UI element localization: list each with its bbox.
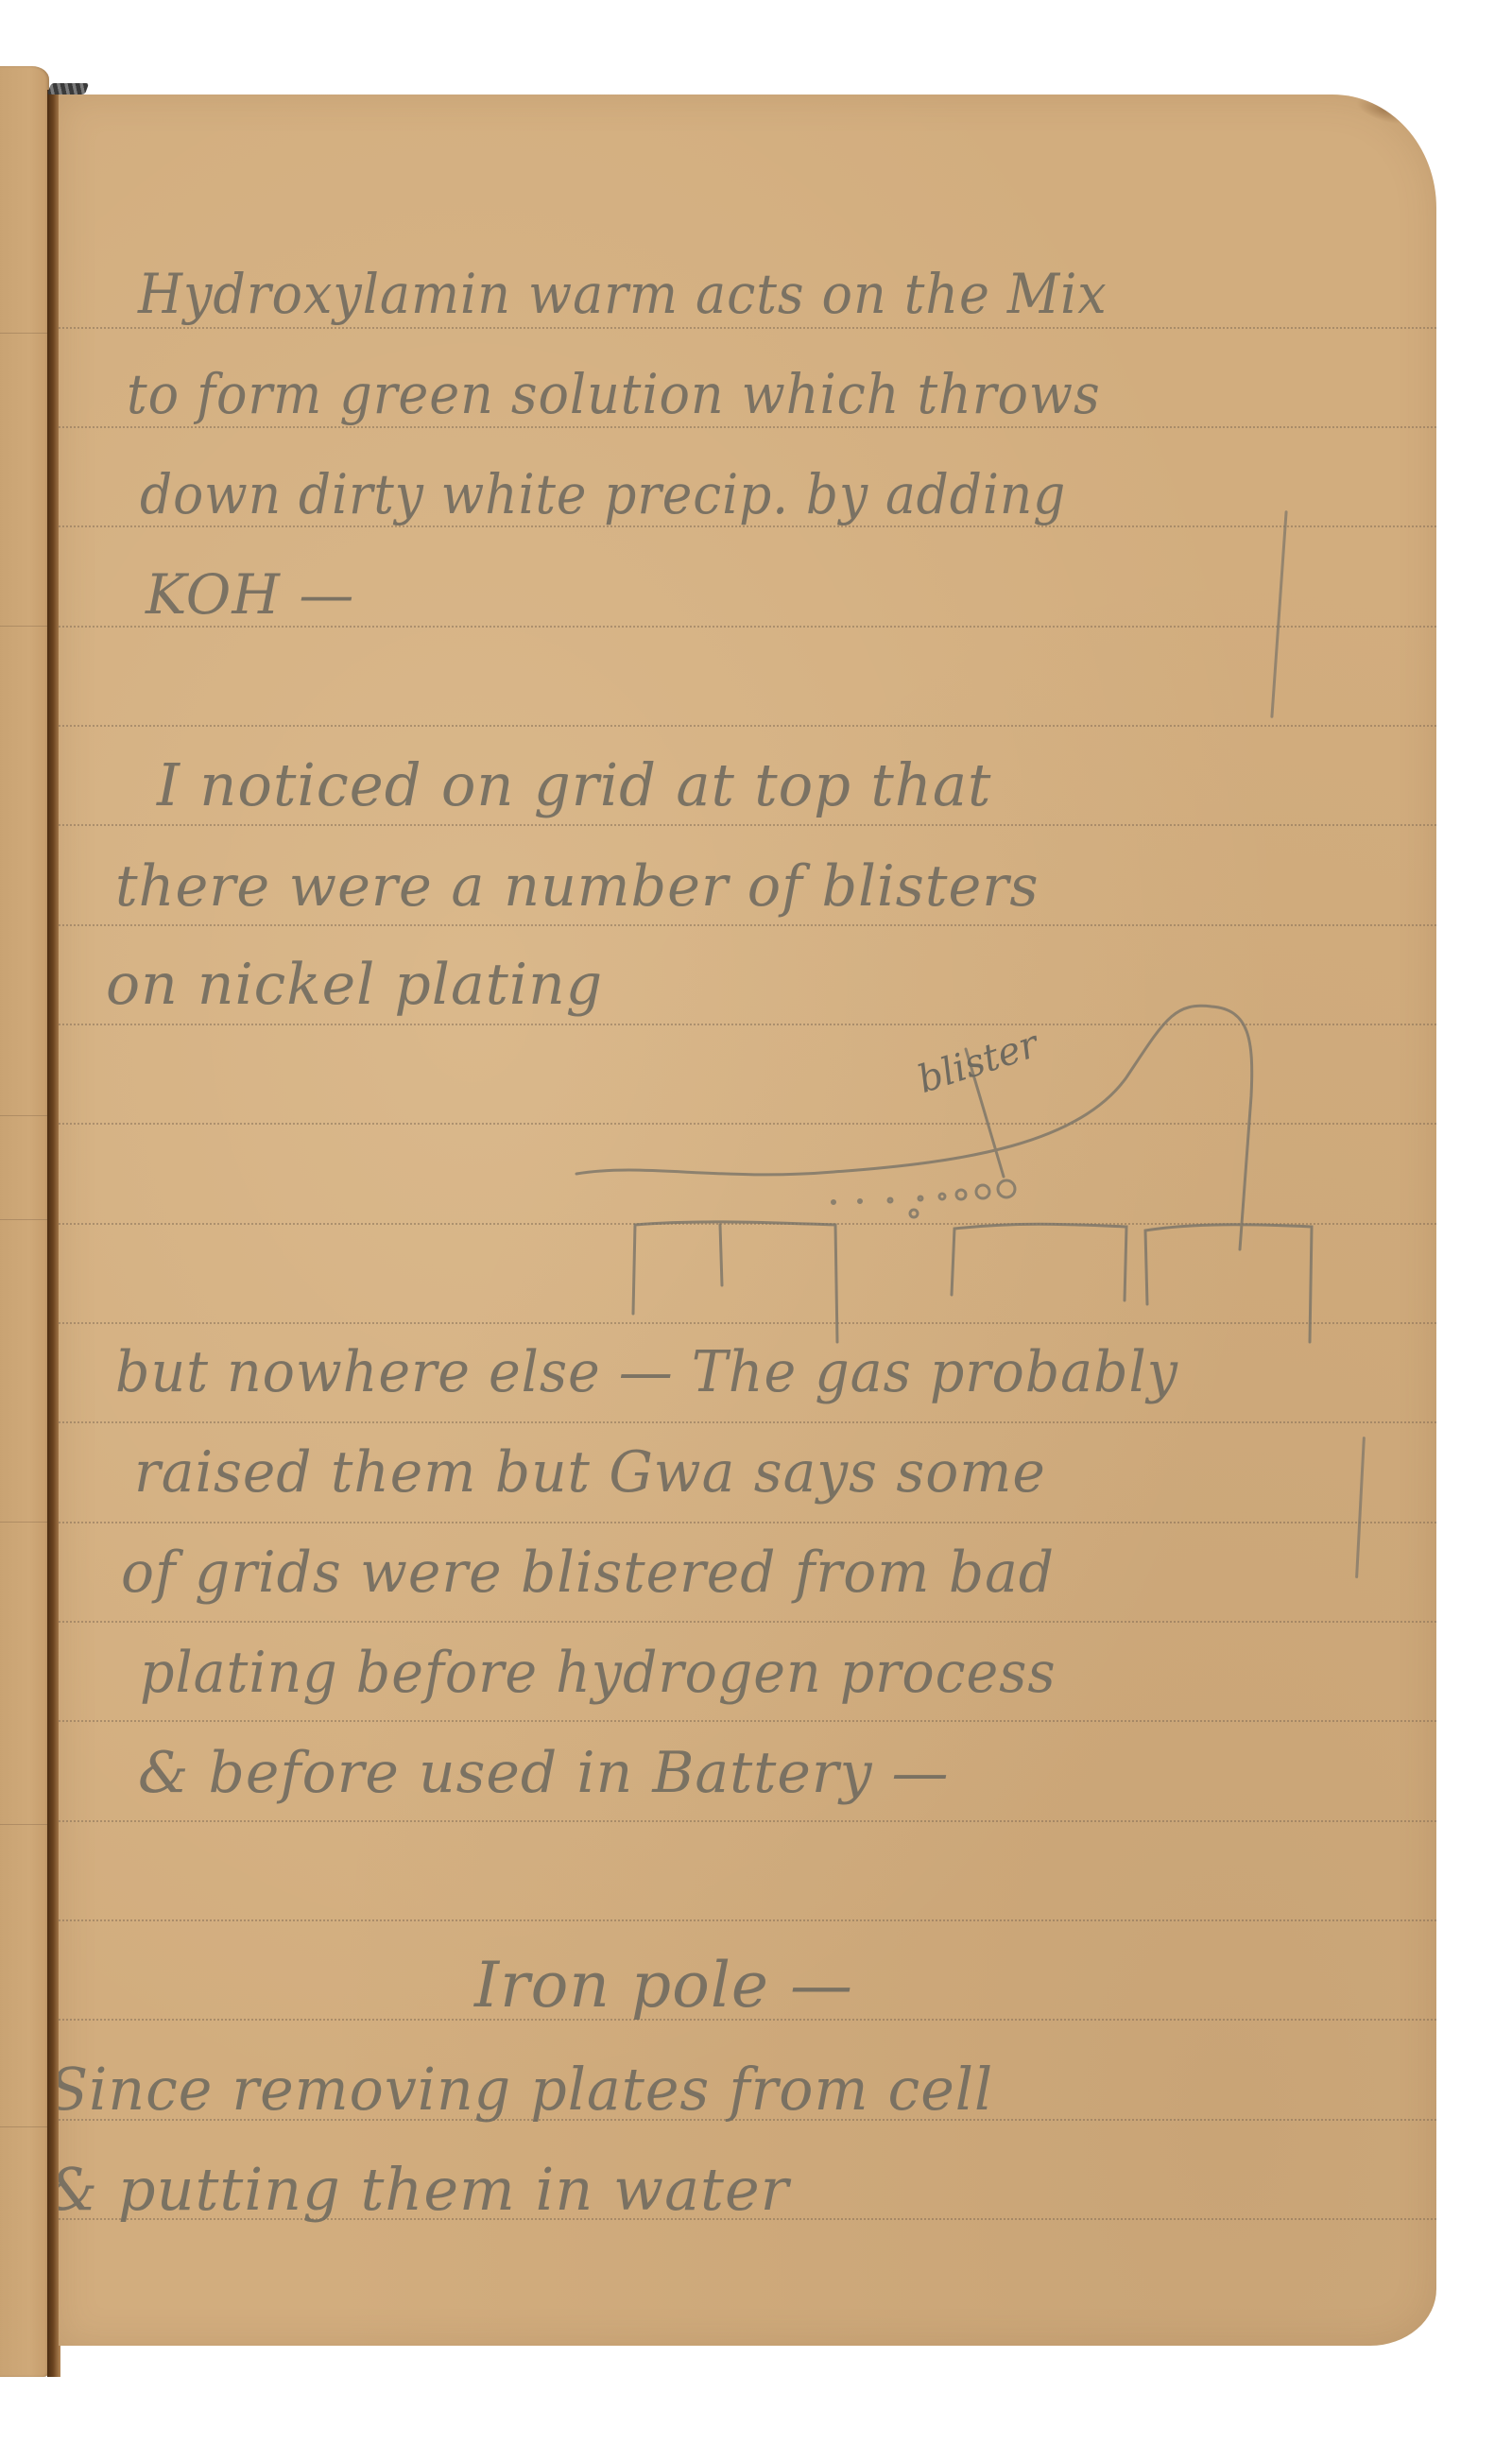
section-heading: Iron pole — [474, 1954, 853, 2017]
margin-stroke [1270, 510, 1287, 718]
ruled-line [59, 1421, 1436, 1423]
handwritten-line: on nickel plating [106, 956, 603, 1013]
sketch-label: blister [913, 1023, 1043, 1102]
ruled-line [59, 1223, 1436, 1225]
handwritten-line: but nowhere else — The gas probably [115, 1344, 1178, 1401]
ruled-line [59, 1123, 1436, 1125]
ruled-line [0, 626, 49, 627]
ruled-line [59, 1522, 1436, 1523]
handwritten-line: I noticed on grid at top that [157, 756, 991, 815]
facing-page-edge [0, 66, 49, 2377]
handwritten-line: & before used in Battery — [138, 1745, 950, 1801]
handwritten-line: & putting them in water [59, 2160, 789, 2219]
handwritten-line: plating before hydrogen process [140, 1644, 1057, 1701]
ruled-line [59, 1720, 1436, 1722]
ruled-line [0, 1522, 49, 1523]
handwritten-line: down dirty white precip. by adding [140, 467, 1066, 522]
ruled-line [0, 1824, 49, 1825]
ruled-line [59, 426, 1436, 428]
ruled-line [59, 725, 1436, 727]
ruled-line [59, 1919, 1436, 1921]
handwritten-line: Since removing plates from cell [59, 2060, 993, 2119]
notebook-page: Hydroxylamin warm acts on the Mix to for… [59, 95, 1436, 2346]
ruled-line [59, 1621, 1436, 1623]
ruled-line [59, 824, 1436, 826]
handwritten-line: raised them but Gwa says some [134, 1444, 1046, 1501]
ruled-line [59, 1024, 1436, 1025]
ruled-line [59, 924, 1436, 926]
binding-thread [47, 83, 89, 95]
ruled-line [0, 1115, 49, 1116]
ruled-line [0, 333, 49, 334]
corner-wear [1353, 95, 1414, 129]
handwritten-line: there were a number of blisters [115, 858, 1039, 915]
handwritten-line: KOH — [146, 567, 354, 622]
ruled-line [59, 327, 1436, 329]
handwritten-line: Hydroxylamin warm acts on the Mix [138, 267, 1108, 321]
ruled-line [59, 1322, 1436, 1324]
ruled-line [0, 2126, 49, 2127]
margin-stroke [1355, 1437, 1366, 1578]
ruled-line [59, 1820, 1436, 1822]
ruled-line [0, 1219, 49, 1220]
handwritten-line: to form green solution which throws [127, 367, 1101, 422]
handwritten-line: of grids were blistered from bad [121, 1544, 1055, 1601]
